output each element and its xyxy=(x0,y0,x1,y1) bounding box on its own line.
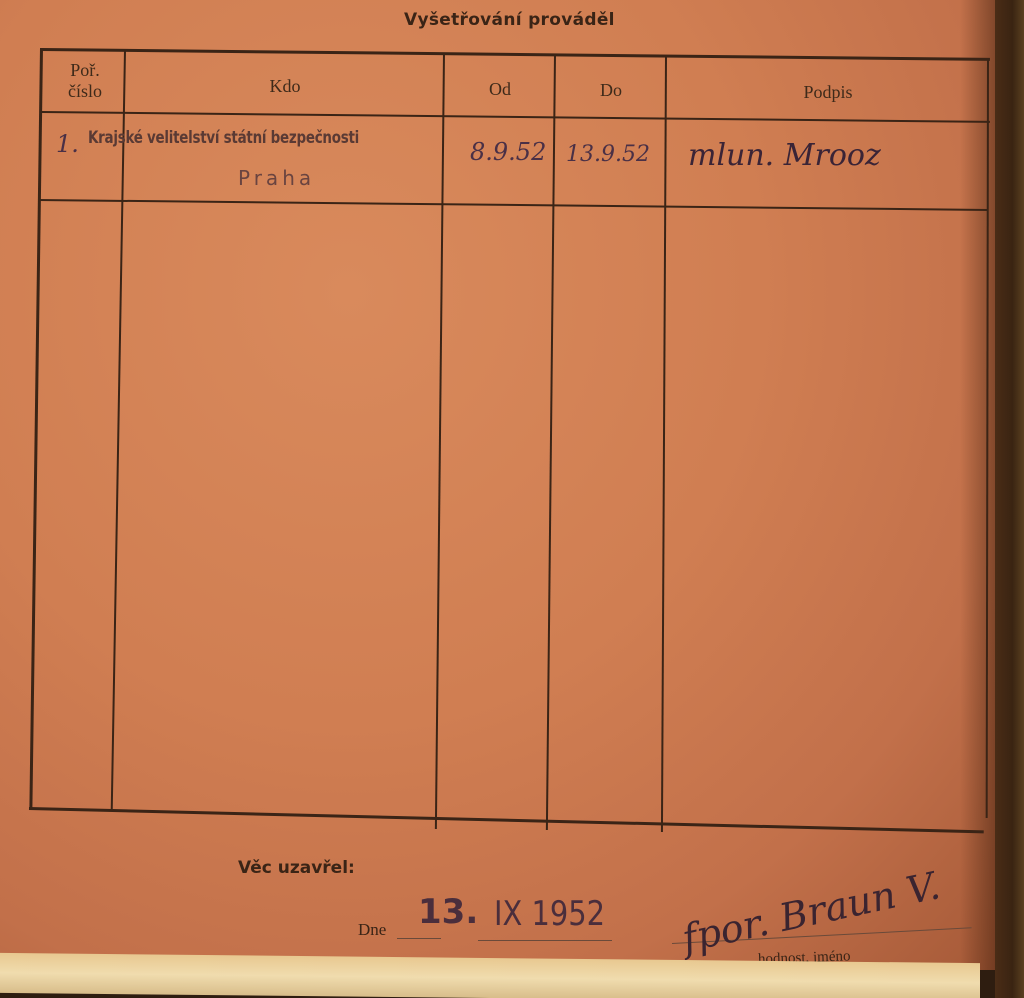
row-who-city: Praha xyxy=(238,166,315,190)
row-to-date: 13.9.52 xyxy=(566,142,650,167)
date-label: Dne xyxy=(358,920,386,940)
header-por-line1: Poř. xyxy=(50,60,120,81)
header-kdo: Kdo xyxy=(126,76,444,97)
row-from-date: 8.9.52 xyxy=(470,138,546,166)
binder-edge xyxy=(995,0,1024,998)
date-month-year: IX 1952 xyxy=(494,894,605,934)
col-divider-2 xyxy=(435,53,445,829)
document-page: Vyšetřování prováděl Poř. číslo Kdo Od D… xyxy=(0,0,995,970)
form-title: Vyšetřování prováděl xyxy=(404,10,615,30)
row-number: 1. xyxy=(56,130,79,158)
date-day: 13. xyxy=(418,892,478,932)
header-do: Do xyxy=(556,80,666,101)
page-shadow xyxy=(960,0,1000,970)
col-divider-3 xyxy=(546,54,556,830)
header-od: Od xyxy=(445,79,555,100)
row-signature: mlun. Mrooz xyxy=(688,138,881,173)
date-underline-2 xyxy=(478,940,612,941)
row-who-stamp: Krajské velitelství státní bezpečnosti xyxy=(88,128,359,148)
header-podpis: Podpis xyxy=(667,82,989,103)
row-divider xyxy=(38,199,988,211)
header-por-cislo: Poř. číslo xyxy=(50,60,120,102)
header-divider xyxy=(42,111,990,123)
table-border-bottom xyxy=(29,807,984,833)
closure-label: Věc uzavřel: xyxy=(238,858,355,878)
table-border-left xyxy=(29,48,43,810)
date-underline-1 xyxy=(397,938,441,939)
closure-signature: fpor. Braun V. xyxy=(678,863,943,961)
col-divider-1 xyxy=(111,50,126,810)
table-border-top xyxy=(42,48,990,61)
header-por-line2: číslo xyxy=(50,81,120,102)
col-divider-4 xyxy=(661,56,667,832)
